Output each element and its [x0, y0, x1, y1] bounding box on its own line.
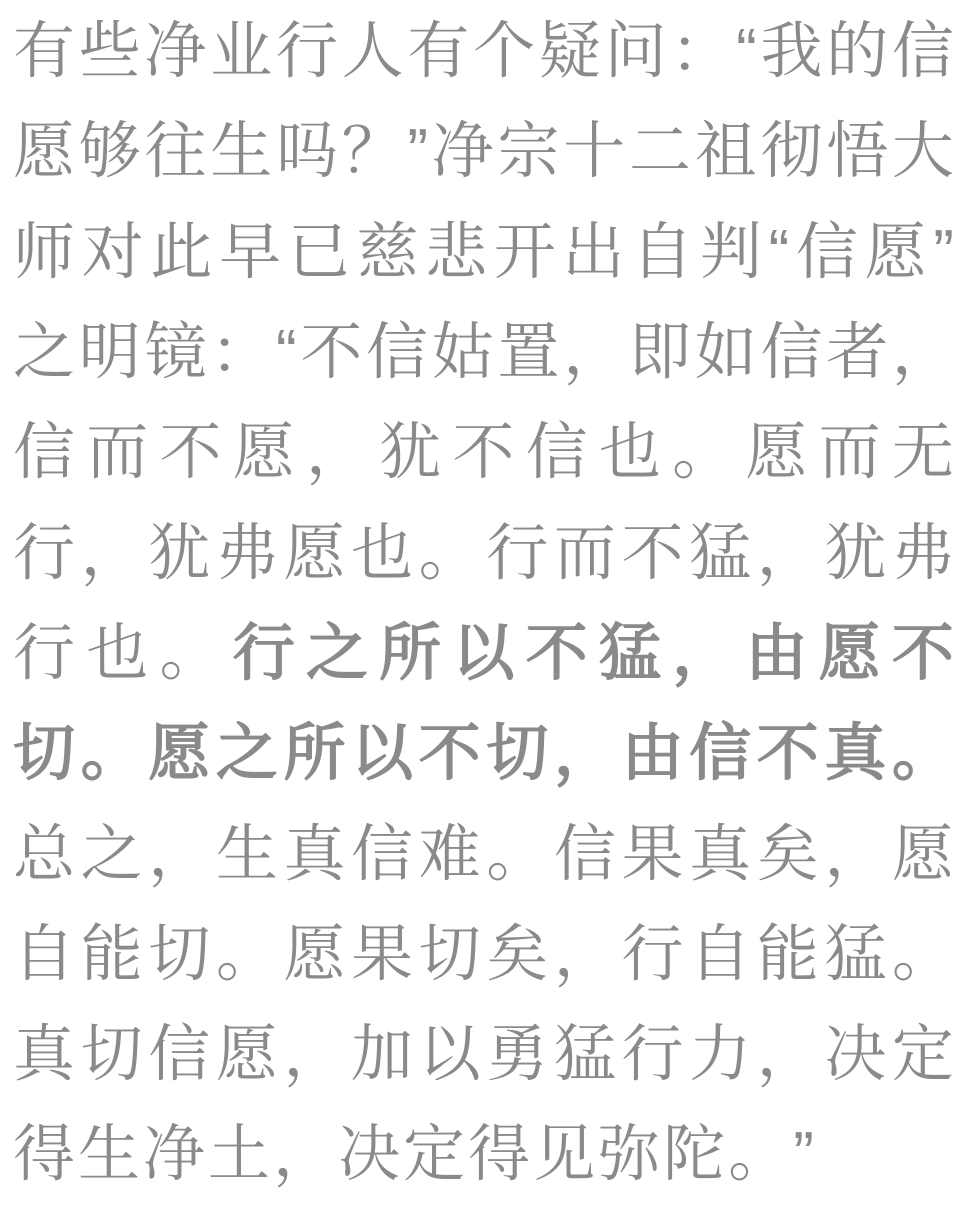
char: 也	[86, 623, 148, 685]
char: 矣	[486, 924, 548, 986]
text-line: 行，犹弗愿也。行而不猛，犹弗	[13, 503, 954, 603]
char: 切	[81, 1024, 143, 1086]
char: 切	[148, 924, 210, 986]
bold-char: 以	[452, 623, 514, 685]
char: 信	[366, 322, 428, 384]
bold-char: 不	[892, 623, 954, 685]
bold-char: 由	[621, 723, 683, 785]
char: 如	[695, 322, 757, 384]
char: 自	[13, 924, 75, 986]
char: 而	[819, 422, 881, 484]
char: 宗	[498, 121, 560, 183]
char: ，	[306, 422, 368, 484]
char: ，	[81, 523, 143, 585]
char: 而	[554, 523, 616, 585]
bold-char: 所	[379, 623, 441, 685]
char: “	[769, 222, 790, 284]
bold-char: 之	[306, 623, 368, 685]
char: 个	[473, 21, 535, 83]
bold-char: 不	[419, 723, 481, 785]
char: 决	[338, 1124, 400, 1186]
char: 也	[351, 523, 413, 585]
char: 得	[13, 1124, 75, 1186]
char: 猛	[554, 1024, 616, 1086]
char: 勇	[486, 1024, 548, 1086]
char: ”	[933, 222, 954, 284]
char: 不	[621, 523, 683, 585]
char: 此	[150, 222, 212, 284]
bold-char: ，	[554, 723, 616, 785]
bold-char: 信	[689, 723, 751, 785]
char: 生	[210, 121, 272, 183]
char: 者	[826, 322, 888, 384]
text-line: 行也。行之所以不猛，由愿不	[13, 604, 954, 704]
char: 出	[563, 222, 625, 284]
char: 有	[13, 21, 75, 83]
char: 行	[621, 1024, 683, 1086]
char: 果	[351, 924, 413, 986]
char: 得	[468, 1124, 530, 1186]
char: 十	[563, 121, 625, 183]
char: 信	[13, 422, 75, 484]
char: 问	[605, 21, 667, 83]
text-line: 自能切。愿果切矣，行自能猛。	[13, 905, 954, 1005]
char: 信	[526, 422, 588, 484]
char: 师	[13, 222, 75, 284]
char: 吗	[276, 121, 338, 183]
char: 净	[143, 1124, 205, 1186]
text-line: 有些净业行人有个疑问：“我的信	[13, 2, 954, 102]
char: 果	[621, 824, 683, 886]
text-line: 真切信愿，加以勇猛行力，决定	[13, 1005, 954, 1105]
char: 信	[796, 222, 858, 284]
char: 能	[81, 924, 143, 986]
bold-char: 切	[486, 723, 548, 785]
char: 自	[689, 924, 751, 986]
char: 已	[288, 222, 350, 284]
char: 无	[892, 422, 954, 484]
char: 对	[82, 222, 144, 284]
bold-char: 所	[283, 723, 345, 785]
char: 慈	[356, 222, 418, 284]
char: 总	[13, 824, 75, 886]
char: 些	[79, 21, 141, 83]
char: ，	[148, 824, 210, 886]
char: 真	[13, 1024, 75, 1086]
char: 愿	[216, 1024, 278, 1086]
char: 行	[621, 924, 683, 986]
char: 信	[351, 824, 413, 886]
bold-char: 愿	[148, 723, 210, 785]
char: ：	[670, 21, 732, 83]
char: 镜	[144, 322, 206, 384]
char: 人	[342, 21, 404, 83]
char: 。	[419, 523, 481, 585]
char: 信	[892, 21, 954, 83]
char: 之	[81, 824, 143, 886]
char: 悲	[425, 222, 487, 284]
bold-char: 真	[824, 723, 886, 785]
char: 愿	[892, 824, 954, 886]
char: 能	[757, 924, 819, 986]
char: 二	[629, 121, 691, 183]
char: 信	[554, 824, 616, 886]
char: 。	[892, 924, 954, 986]
char: 切	[419, 924, 481, 986]
text-line: 信而不愿，犹不信也。愿而无	[13, 403, 954, 503]
char: 之	[13, 322, 75, 384]
text-line: 师对此早已慈悲开出自判“信愿”	[13, 203, 954, 303]
text-line: 愿够往生吗？”净宗十二祖彻悟大	[13, 102, 954, 202]
char: 往	[144, 121, 206, 183]
char: 决	[824, 1024, 886, 1086]
char: 信	[148, 1024, 210, 1086]
char: 犹	[148, 523, 210, 585]
bold-char: ，	[672, 623, 734, 685]
bold-char: 。	[81, 723, 143, 785]
char: ，	[273, 1124, 335, 1186]
char: ？	[342, 121, 404, 183]
char: 定	[892, 1024, 954, 1086]
char: ，	[563, 322, 625, 384]
char: 疑	[539, 21, 601, 83]
char: “	[736, 21, 757, 83]
char: 见	[533, 1124, 595, 1186]
char: ：	[210, 322, 272, 384]
char: 大	[892, 121, 954, 183]
char: 行	[13, 523, 75, 585]
char: 置	[498, 322, 560, 384]
char: 愿	[865, 222, 927, 284]
article-page: { "page": { "background_color": "#ffffff…	[0, 0, 967, 1206]
char: 。	[672, 422, 734, 484]
char: 猛	[689, 523, 751, 585]
char: 悟	[826, 121, 888, 183]
char: 而	[86, 422, 148, 484]
char: 土	[208, 1124, 270, 1186]
char: 弗	[216, 523, 278, 585]
char: 行	[13, 623, 75, 685]
char: 真	[283, 824, 345, 886]
char: ，	[757, 1024, 819, 1086]
char: 彻	[760, 121, 822, 183]
char: 净	[432, 121, 494, 183]
char: ”	[793, 1124, 814, 1186]
bold-char: 。	[892, 723, 954, 785]
char: 真	[689, 824, 751, 886]
char: 不	[159, 422, 221, 484]
char: 加	[351, 1024, 413, 1086]
char: 即	[629, 322, 691, 384]
bold-char: 愿	[819, 623, 881, 685]
char: 犹	[379, 422, 441, 484]
char: 行	[486, 523, 548, 585]
text-line: 得生净土，决定得见弥陀。”	[13, 1105, 954, 1205]
char: 难	[419, 824, 481, 886]
char: ”	[407, 121, 428, 183]
char: 。	[216, 924, 278, 986]
bold-char: 由	[745, 623, 807, 685]
text-line: 总之，生真信难。信果真矣，愿	[13, 804, 954, 904]
char: ，	[892, 322, 954, 384]
char: 净	[144, 21, 206, 83]
char: 姑	[432, 322, 494, 384]
char: 业	[210, 21, 272, 83]
char: 不	[452, 422, 514, 484]
char: 愿	[283, 523, 345, 585]
char: 愿	[745, 422, 807, 484]
char: 信	[760, 322, 822, 384]
char: 弥	[598, 1124, 660, 1186]
char: 。	[486, 824, 548, 886]
char: 愿	[233, 422, 295, 484]
char: 开	[494, 222, 556, 284]
char: 的	[826, 21, 888, 83]
char: 我	[760, 21, 822, 83]
char: 行	[276, 21, 338, 83]
char: ，	[824, 824, 886, 886]
char: 猛	[824, 924, 886, 986]
char: 。	[728, 1124, 790, 1186]
char: 生	[216, 824, 278, 886]
char: 愿	[283, 924, 345, 986]
char: 早	[219, 222, 281, 284]
char: 犹	[824, 523, 886, 585]
text-line: 切。愿之所以不切，由信不真。	[13, 704, 954, 804]
char: 够	[79, 121, 141, 183]
char: 以	[419, 1024, 481, 1086]
char: 也	[599, 422, 661, 484]
char: 判	[700, 222, 762, 284]
char: 。	[159, 623, 221, 685]
article-text-block: 有些净业行人有个疑问：“我的信愿够往生吗？”净宗十二祖彻悟大师对此早已慈悲开出自…	[0, 0, 967, 1206]
char: 祖	[695, 121, 757, 183]
bold-char: 行	[233, 623, 295, 685]
text-line: 之明镜：“不信姑置，即如信者，	[13, 303, 954, 403]
bold-char: 不	[526, 623, 588, 685]
bold-char: 不	[757, 723, 819, 785]
bold-char: 切	[13, 723, 75, 785]
char: 自	[631, 222, 693, 284]
char: ，	[554, 924, 616, 986]
char: ，	[757, 523, 819, 585]
bold-char: 猛	[599, 623, 661, 685]
bold-char: 以	[351, 723, 413, 785]
char: 愿	[13, 121, 75, 183]
char: 弗	[892, 523, 954, 585]
char: 有	[407, 21, 469, 83]
char: 不	[300, 322, 362, 384]
char: 生	[78, 1124, 140, 1186]
char: ，	[283, 1024, 345, 1086]
char: 力	[689, 1024, 751, 1086]
bold-char: 之	[216, 723, 278, 785]
char: “	[276, 322, 297, 384]
char: 矣	[757, 824, 819, 886]
char: 明	[79, 322, 141, 384]
char: 定	[403, 1124, 465, 1186]
char: 陀	[663, 1124, 725, 1186]
